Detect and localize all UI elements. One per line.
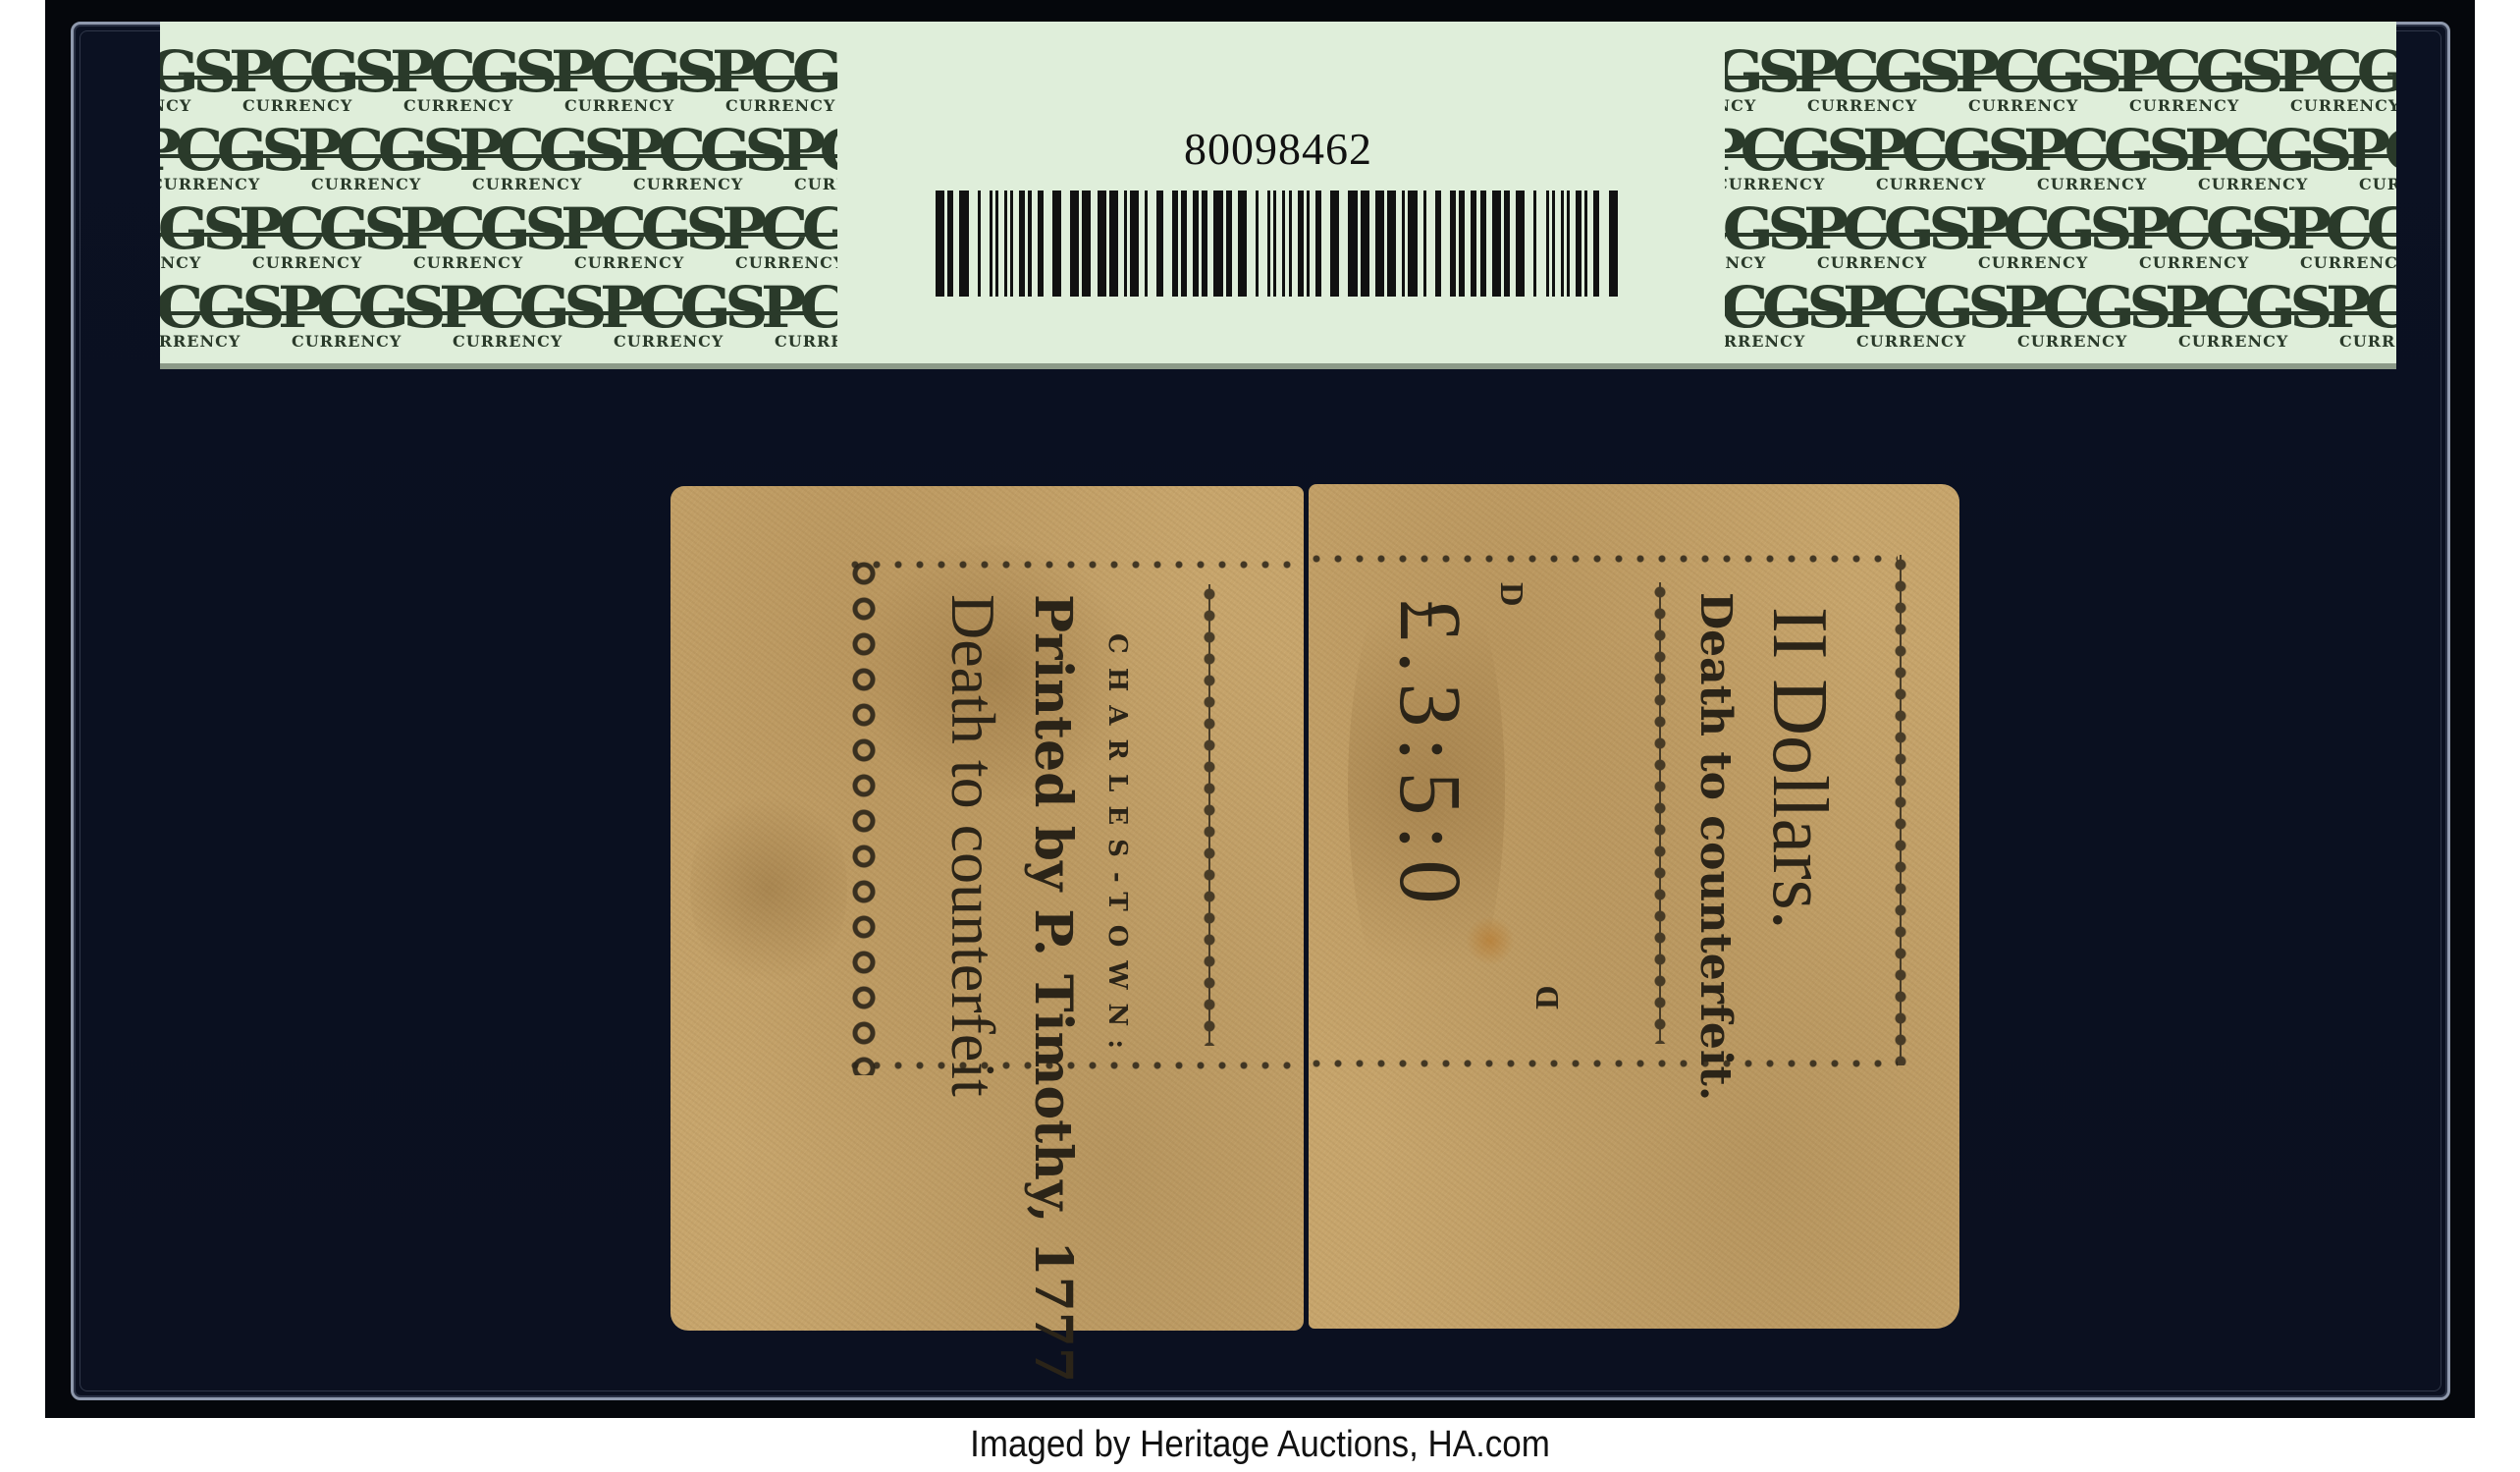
pcgs-logo: PCGSCURRENCY [1847, 279, 1994, 348]
barcode-gap [1441, 191, 1450, 297]
note-left-panel: CHARLES-TOWN: Printed by P. Timothy, 177… [670, 486, 1304, 1331]
pcgs-logo-mark: PCGS [2023, 122, 2185, 179]
barcode-gap [1321, 191, 1330, 297]
logo-pattern-left: PCGSCURRENCYPCGSCURRENCYPCGSCURRENCYPCGS… [160, 33, 837, 357]
pcgs-logo-subtext: CURRENCY [2198, 175, 2308, 193]
ornament-border-top [1309, 551, 1898, 567]
pcgs-logo: PCGSCURRENCY [403, 200, 551, 269]
barcode-bar [1130, 191, 1139, 297]
pcgs-logo-mark: PCGS [722, 200, 837, 257]
pcgs-logo: PCGSCURRENCY [1958, 43, 2106, 112]
pcgs-logo: PCGSCURRENCY [2129, 200, 2277, 269]
ornament-border-right [1888, 555, 1915, 1065]
ornament-border-left [847, 557, 881, 1075]
pcgs-logo-mark: PCGS [1803, 200, 1965, 257]
pcgs-logo: PCGSCURRENCY [2330, 279, 2396, 348]
sterling-value: £.3:5:0 [1379, 597, 1480, 914]
pcgs-logo: PCGSCURRENCY [2008, 279, 2155, 348]
pcgs-logo-subtext: CURRENCY [1725, 96, 1756, 115]
pcgs-logo-mark: PCGS [390, 43, 552, 100]
barcode-bar [1082, 191, 1091, 297]
pcgs-logo-mark: PCGS [2184, 122, 2346, 179]
pcgs-logo-mark: PCGS [229, 43, 391, 100]
pcgs-logo-mark: PCGS [1725, 200, 1804, 257]
image-credit: Imaged by Heritage Auctions, HA.com [101, 1418, 2420, 1472]
pcgs-logo-subtext: CURRENCY [1725, 253, 1766, 272]
pcgs-logo: PCGSCURRENCY [443, 279, 590, 348]
pcgs-logo: PCGSCURRENCY [233, 43, 380, 112]
pcgs-label: PCGSCURRENCYPCGSCURRENCYPCGSCURRENCYPCGS… [160, 22, 2396, 369]
pcgs-logo-subtext: CURRENCY [160, 96, 191, 115]
barcode-gap [1259, 191, 1267, 297]
pcgs-logo-mark: PCGS [400, 200, 562, 257]
logo-row: PCGSCURRENCYPCGSCURRENCYPCGSCURRENCYPCGS… [160, 200, 837, 269]
logo-pattern-right: PCGSCURRENCYPCGSCURRENCYPCGSCURRENCYPCGS… [1725, 33, 2396, 357]
pcgs-logo-subtext: CURRENCY [2017, 332, 2127, 351]
barcode-bar [1375, 191, 1384, 297]
pcgs-logo-mark: PCGS [2286, 200, 2396, 257]
barcode-gap [1525, 191, 1533, 297]
pcgs-logo-mark: PCGS [239, 200, 401, 257]
warning-text-right: Death to counterfeit. [1690, 592, 1741, 1101]
pcgs-logo-subtext: CURRENCY [252, 253, 362, 272]
printer-text: Printed by P. Timothy, 1777 [1023, 594, 1083, 1383]
pcgs-logo-subtext: CURRENCY [1968, 96, 2078, 115]
barcode-gap [1426, 191, 1435, 297]
pcgs-logo: PCGSCURRENCY [1725, 122, 1852, 191]
pcgs-logo: PCGSCURRENCY [2027, 122, 2174, 191]
pcgs-logo-subtext: CURRENCY [614, 332, 724, 351]
pcgs-logo-mark: PCGS [712, 43, 837, 100]
logo-row: PCGSCURRENCYPCGSCURRENCYPCGSCURRENCYPCGS… [1725, 122, 2396, 191]
barcode-gap [969, 191, 978, 297]
pcgs-logo: PCGSCURRENCY [2349, 122, 2396, 191]
pcgs-logo-mark: PCGS [160, 43, 230, 100]
pcgs-logo-subtext: CURRENCY [2359, 175, 2396, 193]
pcgs-logo: PCGSCURRENCY [765, 279, 837, 348]
logo-row: PCGSCURRENCYPCGSCURRENCYPCGSCURRENCYPCGS… [1725, 279, 2396, 348]
pcgs-logo: PCGSCURRENCY [1725, 200, 1794, 269]
barcode-bar [1492, 191, 1501, 297]
pcgs-logo-subtext: CURRENCY [794, 175, 837, 193]
pcgs-logo-mark: PCGS [2345, 122, 2396, 179]
pcgs-logo-mark: PCGS [1862, 122, 2024, 179]
pcgs-logo-mark: PCGS [551, 43, 713, 100]
pcgs-logo-mark: PCGS [2326, 279, 2396, 336]
barcode-bar [1516, 191, 1525, 297]
barcode-gap [1536, 191, 1545, 297]
pcgs-logo-mark: PCGS [1725, 122, 1863, 179]
pcgs-logo-mark: PCGS [2004, 279, 2166, 336]
barcode-gap [1618, 191, 1627, 297]
pcgs-logo: PCGSCURRENCY [1807, 200, 1955, 269]
pcgs-logo-subtext: CURRENCY [1725, 175, 1825, 193]
pcgs-logo-mark: PCGS [160, 279, 279, 336]
paper-stain [690, 781, 847, 997]
pcgs-logo-subtext: CURRENCY [160, 253, 201, 272]
pcgs-logo-subtext: CURRENCY [2037, 175, 2147, 193]
logo-row: PCGSCURRENCYPCGSCURRENCYPCGSCURRENCYPCGS… [160, 279, 837, 348]
pcgs-logo-mark: PCGS [2165, 279, 2327, 336]
pcgs-logo: PCGSCURRENCY [2188, 122, 2335, 191]
pcgs-logo-subtext: CURRENCY [453, 332, 563, 351]
pcgs-logo-subtext: CURRENCY [775, 332, 837, 351]
barcode-bar [936, 191, 944, 297]
pcgs-logo-mark: PCGS [561, 200, 723, 257]
pcgs-logo: PCGSCURRENCY [160, 200, 229, 269]
barcode-gap [1599, 191, 1608, 297]
warning-text-left: Death to counterfeit [937, 594, 1009, 1097]
barcode-bar [1238, 191, 1247, 297]
pcgs-logo: PCGSCURRENCY [282, 279, 429, 348]
pcgs-logo: PCGSCURRENCY [2169, 279, 2316, 348]
barcode-bar [1109, 191, 1118, 297]
pcgs-logo-subtext: CURRENCY [574, 253, 684, 272]
city-text: CHARLES-TOWN: [1102, 633, 1132, 1063]
pcgs-logo: PCGSCURRENCY [1968, 200, 2116, 269]
pcgs-logo-subtext: CURRENCY [735, 253, 837, 272]
pcgs-logo: PCGSCURRENCY [2280, 43, 2396, 112]
pcgs-logo-subtext: CURRENCY [1856, 332, 1966, 351]
corner-mark-bottom: D [1529, 985, 1567, 1009]
pcgs-logo: PCGSCURRENCY [160, 43, 219, 112]
pcgs-logo-mark: PCGS [2125, 200, 2287, 257]
pcgs-logo-subtext: CURRENCY [2290, 96, 2396, 115]
barcode-bar [1348, 191, 1357, 297]
pcgs-logo: PCGSCURRENCY [555, 43, 702, 112]
pcgs-logo-mark: PCGS [439, 279, 601, 336]
pcgs-logo-mark: PCGS [1964, 200, 2126, 257]
barcode-gap [1247, 191, 1256, 297]
barcode-gap [1148, 191, 1156, 297]
pcgs-logo-subtext: CURRENCY [1876, 175, 1986, 193]
pcgs-logo: PCGSCURRENCY [2290, 200, 2396, 269]
pcgs-logo-subtext: CURRENCY [633, 175, 743, 193]
pcgs-logo-subtext: CURRENCY [2300, 253, 2396, 272]
pcgs-logo-mark: PCGS [1725, 43, 1795, 100]
barcode-bar [959, 191, 968, 297]
ornament-border-bottom [1309, 1056, 1898, 1071]
pcgs-logo-subtext: CURRENCY [1725, 332, 1805, 351]
pcgs-logo-subtext: CURRENCY [413, 253, 523, 272]
pcgs-logo-subtext: CURRENCY [2178, 332, 2288, 351]
pcgs-logo-mark: PCGS [160, 200, 240, 257]
ornament-column [1197, 584, 1222, 1046]
pcgs-logo: PCGSCURRENCY [1866, 122, 2013, 191]
pcgs-logo-subtext: CURRENCY [311, 175, 421, 193]
pcgs-logo: PCGSCURRENCY [1725, 279, 1833, 348]
barcode-gap [1061, 191, 1070, 297]
barcode-bar [1330, 191, 1339, 297]
barcode-bar [1098, 191, 1106, 297]
pcgs-logo-subtext: CURRENCY [725, 96, 835, 115]
pcgs-logo-subtext: CURRENCY [1978, 253, 2088, 272]
pcgs-logo-mark: PCGS [1843, 279, 2005, 336]
rust-spot [1466, 916, 1515, 965]
pcgs-logo-mark: PCGS [1955, 43, 2117, 100]
pcgs-logo-subtext: CURRENCY [160, 332, 241, 351]
pcgs-logo-mark: PCGS [1794, 43, 1956, 100]
pcgs-logo-subtext: CURRENCY [1817, 253, 1927, 272]
pcgs-logo-subtext: CURRENCY [472, 175, 582, 193]
pcgs-logo-subtext: CURRENCY [292, 332, 402, 351]
pcgs-logo-subtext: CURRENCY [2129, 96, 2239, 115]
barcode-bar [1070, 191, 1079, 297]
pcgs-logo: PCGSCURRENCY [564, 200, 712, 269]
barcode-bar [1387, 191, 1396, 297]
corner-mark-top: D [1492, 582, 1529, 607]
pcgs-logo-mark: PCGS [761, 279, 837, 336]
pcgs-logo-subtext: CURRENCY [2139, 253, 2249, 272]
note-right-panel: II Dollars. Death to counterfeit. £.3:5:… [1309, 484, 1959, 1329]
pcgs-logo-mark: PCGS [1725, 279, 1844, 336]
pcgs-logo-subtext: CURRENCY [242, 96, 352, 115]
barcode-gap [1163, 191, 1172, 297]
pcgs-logo: PCGSCURRENCY [394, 43, 541, 112]
barcode-bar [1052, 191, 1061, 297]
pcgs-logo: PCGSCURRENCY [2119, 43, 2267, 112]
pcgs-logo: PCGSCURRENCY [242, 200, 390, 269]
barcode-bar [1609, 191, 1618, 297]
pcgs-logo: PCGSCURRENCY [716, 43, 837, 112]
pcgs-logo: PCGSCURRENCY [604, 279, 751, 348]
pcgs-logo-subtext: CURRENCY [160, 175, 260, 193]
pcgs-logo: PCGSCURRENCY [1797, 43, 1945, 112]
logo-row: PCGSCURRENCYPCGSCURRENCYPCGSCURRENCYPCGS… [160, 43, 837, 112]
barcode-bar [1361, 191, 1369, 297]
barcode-bar [1408, 191, 1417, 297]
denomination-text: II Dollars. [1754, 607, 1844, 930]
pcgs-logo: PCGSCURRENCY [1725, 43, 1784, 112]
barcode-gap [1339, 191, 1348, 297]
barcode-bar [1213, 191, 1222, 297]
pcgs-logo-mark: PCGS [2277, 43, 2396, 100]
logo-row: PCGSCURRENCYPCGSCURRENCYPCGSCURRENCYPCGS… [1725, 200, 2396, 269]
logo-row: PCGSCURRENCYPCGSCURRENCYPCGSCURRENCYPCGS… [1725, 43, 2396, 112]
barcode-gap [981, 191, 990, 297]
pcgs-logo: PCGSCURRENCY [725, 200, 837, 269]
ornament-border-top [847, 557, 1304, 572]
barcode-gap [1044, 191, 1052, 297]
pcgs-logo: PCGSCURRENCY [160, 279, 268, 348]
ornament-column [1647, 582, 1673, 1044]
pcgs-logo-mark: PCGS [278, 279, 440, 336]
pcgs-logo-subtext: CURRENCY [564, 96, 674, 115]
pcgs-logo-subtext: CURRENCY [1807, 96, 1917, 115]
pcgs-logo-mark: PCGS [2116, 43, 2278, 100]
pcgs-logo-subtext: CURRENCY [2339, 332, 2396, 351]
pcgs-logo-mark: PCGS [600, 279, 762, 336]
barcode [936, 191, 1627, 297]
pcgs-logo-subtext: CURRENCY [403, 96, 513, 115]
